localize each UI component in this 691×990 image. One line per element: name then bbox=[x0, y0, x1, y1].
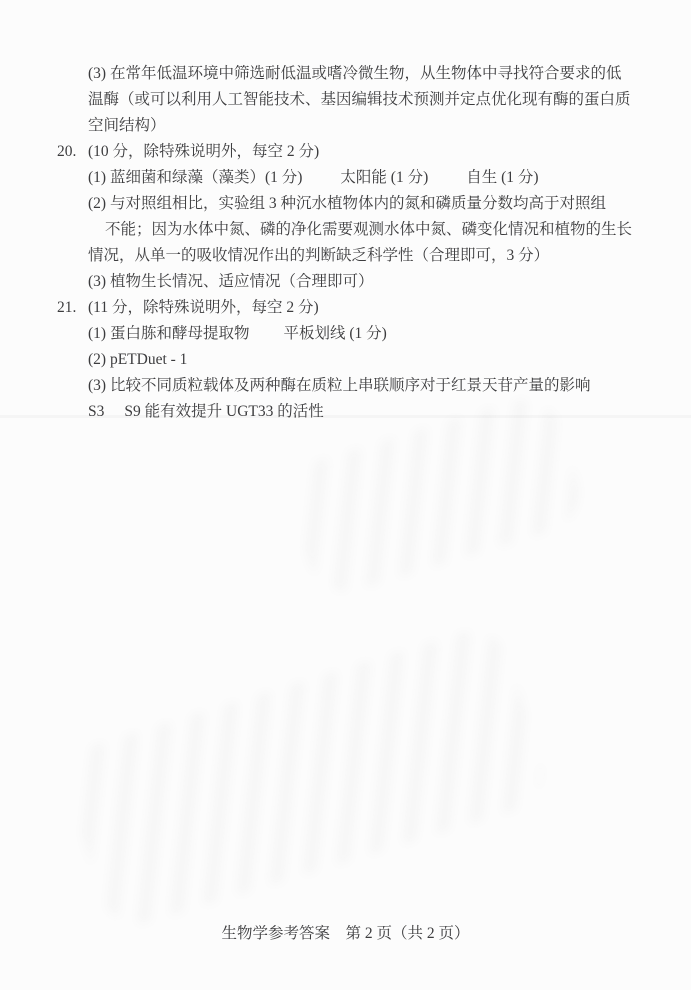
q21-answer1-line: (1) 蛋白胨和酵母提取物平板划线 (1 分) bbox=[57, 321, 679, 347]
q20-answer1-blank3: 自生 (1 分) bbox=[466, 169, 538, 186]
q20-header-line: 20.(10 分，除特殊说明外，每空 2 分) bbox=[57, 139, 679, 165]
q21-answer3-blank2: S9 能有效提升 UGT33 的活性 bbox=[124, 403, 323, 420]
q21-number: 21. bbox=[57, 295, 88, 321]
q20-answer2-line2: 不能；因为水体中氮、磷的净化需要观测水体中氮、磷变化情况和植物的生长 bbox=[57, 217, 679, 243]
q21-answer2-line: (2) pETDuet - 1 bbox=[57, 347, 679, 373]
q21-answer1-blank1: (1) 蛋白胨和酵母提取物 bbox=[88, 325, 249, 342]
q20-number: 20. bbox=[57, 139, 88, 165]
q21-answer1-blank2: 平板划线 (1 分) bbox=[283, 325, 386, 342]
q19-part3-line1: (3) 在常年低温环境中筛选耐低温或嗜冷微生物，从生物体中寻找符合要求的低 bbox=[57, 61, 679, 87]
q21-scoring-note: (11 分，除特殊说明外，每空 2 分) bbox=[88, 299, 319, 316]
q20-answer1-blank2: 太阳能 (1 分) bbox=[340, 169, 428, 186]
q20-answer2-line3: 情况，从单一的吸收情况作出的判断缺乏科学性（合理即可，3 分） bbox=[57, 243, 679, 269]
q19-part3-line3: 空间结构） bbox=[57, 113, 679, 139]
q21-answer3-line1: (3) 比较不同质粒载体及两种酶在质粒上串联顺序对于红景天苷产量的影响 bbox=[57, 373, 679, 399]
q20-scoring-note: (10 分，除特殊说明外，每空 2 分) bbox=[88, 143, 319, 160]
q20-answer2-line1: (2) 与对照组相比，实验组 3 种沉水植物体内的氮和磷质量分数均高于对照组 bbox=[57, 191, 679, 217]
q21-answer3-blank1: S3 bbox=[88, 403, 104, 420]
q20-answer1-line: (1) 蓝细菌和绿藻（藻类）(1 分)太阳能 (1 分)自生 (1 分) bbox=[57, 165, 679, 191]
answer-sheet-page: (3) 在常年低温环境中筛选耐低温或嗜冷微生物，从生物体中寻找符合要求的低 温酶… bbox=[0, 0, 691, 990]
q21-header-line: 21.(11 分，除特殊说明外，每空 2 分) bbox=[57, 295, 679, 321]
q20-answer3-line: (3) 植物生长情况、适应情况（合理即可） bbox=[57, 269, 679, 295]
q21-answer3-line2: S3S9 能有效提升 UGT33 的活性 bbox=[57, 399, 679, 425]
answers-content: (3) 在常年低温环境中筛选耐低温或嗜冷微生物，从生物体中寻找符合要求的低 温酶… bbox=[57, 61, 679, 425]
q20-answer1-blank1: (1) 蓝细菌和绿藻（藻类）(1 分) bbox=[88, 169, 302, 186]
footer-page-info: 生物学参考答案 第 2 页（共 2 页） bbox=[221, 925, 469, 942]
watermark-smudge-lower bbox=[58, 622, 552, 933]
q19-part3-line2: 温酶（或可以利用人工智能技术、基因编辑技术预测并定点优化现有酶的蛋白质 bbox=[57, 87, 679, 113]
page-footer: 生物学参考答案 第 2 页（共 2 页） bbox=[0, 921, 691, 947]
